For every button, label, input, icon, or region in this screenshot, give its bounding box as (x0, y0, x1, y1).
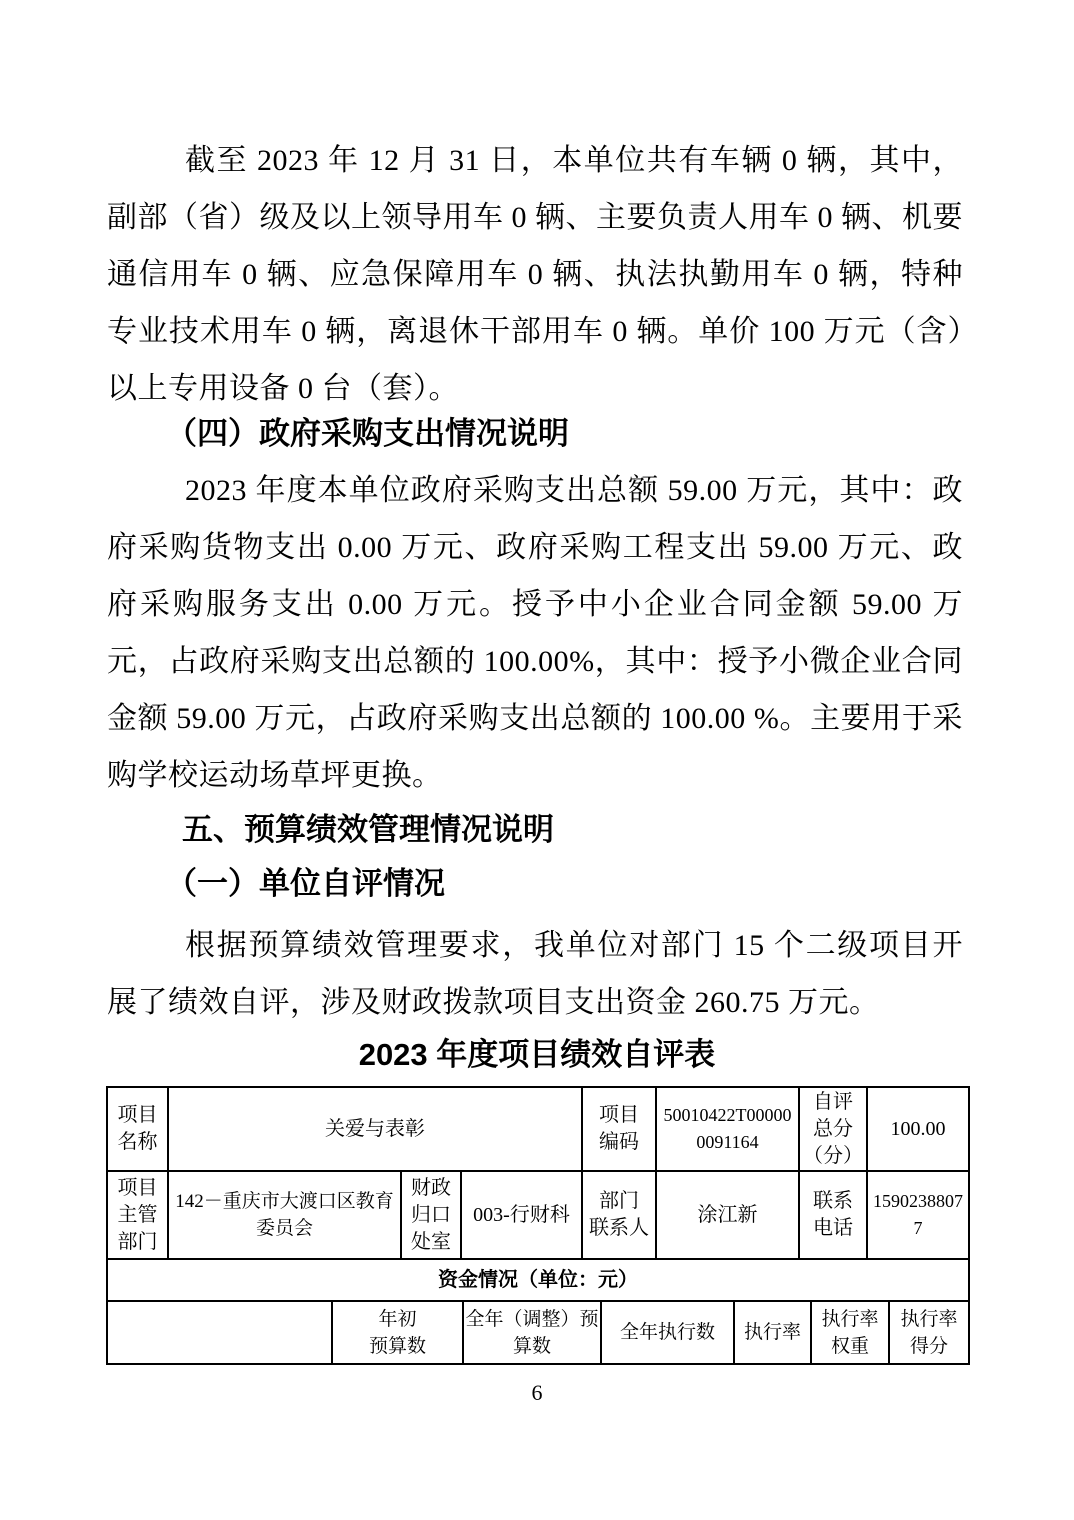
page-number: 6 (0, 1380, 1074, 1406)
cell-dept: 142－重庆市大渡口区教育 委员会 (169, 1172, 402, 1260)
cell-col-initial-budget: 年初 预算数 (333, 1302, 464, 1363)
table-row-funds-header: 资金情况（单位：元） (108, 1260, 968, 1302)
cell-finance-office: 003-行财科 (462, 1172, 583, 1260)
heading-section-5: 五、预算绩效管理情况说明 (182, 810, 554, 850)
cell-label-finance-office: 财政 归口 处室 (402, 1172, 462, 1260)
cell-funds-header: 资金情况（单位：元） (108, 1260, 968, 1302)
cell-phone: 1590238807 7 (868, 1172, 968, 1260)
table-row-project: 项目 名称 关爱与表彰 项目 编码 50010422T00000 0091164… (108, 1088, 968, 1172)
table-title: 2023 年度项目绩效自评表 (0, 1036, 1074, 1074)
heading-section-5-1: （一）单位自评情况 (166, 864, 445, 904)
cell-self-score: 100.00 (868, 1088, 968, 1172)
cell-col-rate-weight: 执行率 权重 (812, 1302, 890, 1363)
table-row-funds-columns: 年初 预算数 全年（调整）预 算数 全年执行数 执行率 执行率 权重 执行率 得… (108, 1302, 968, 1363)
heading-section-4: （四）政府采购支出情况说明 (166, 414, 569, 454)
cell-label-contact: 部门 联系人 (583, 1172, 657, 1260)
self-evaluation-table: 项目 名称 关爱与表彰 项目 编码 50010422T00000 0091164… (106, 1086, 970, 1365)
cell-label-phone: 联系 电话 (800, 1172, 868, 1260)
cell-project-name: 关爱与表彰 (169, 1088, 583, 1172)
table-row-department: 项目 主管 部门 142－重庆市大渡口区教育 委员会 财政 归口 处室 003-… (108, 1172, 968, 1260)
cell-project-code: 50010422T00000 0091164 (657, 1088, 800, 1172)
cell-col-execution-rate: 执行率 (735, 1302, 812, 1363)
cell-label-self-score: 自评 总分 （分） (800, 1088, 868, 1172)
cell-col-rate-score: 执行率 得分 (890, 1302, 968, 1363)
cell-label-dept: 项目 主管 部门 (108, 1172, 169, 1260)
cell-col-adjusted-budget: 全年（调整）预 算数 (464, 1302, 602, 1363)
para-vehicles: 截至 2023 年 12 月 31 日，本单位共有车辆 0 辆，其中，副部（省）… (107, 132, 963, 417)
para-self-review: 根据预算绩效管理要求，我单位对部门 15 个二级项目开展了绩效自评，涉及财政拨款… (107, 917, 963, 1031)
cell-col-executed: 全年执行数 (602, 1302, 735, 1363)
cell-contact: 涂江新 (657, 1172, 800, 1260)
cell-funds-blank (108, 1302, 333, 1363)
para-procurement: 2023 年度本单位政府采购支出总额 59.00 万元，其中：政府采购货物支出 … (107, 462, 963, 804)
cell-label-project-code: 项目 编码 (583, 1088, 657, 1172)
cell-label-project-name: 项目 名称 (108, 1088, 169, 1172)
document-page: 截至 2023 年 12 月 31 日，本单位共有车辆 0 辆，其中，副部（省）… (0, 0, 1074, 1520)
